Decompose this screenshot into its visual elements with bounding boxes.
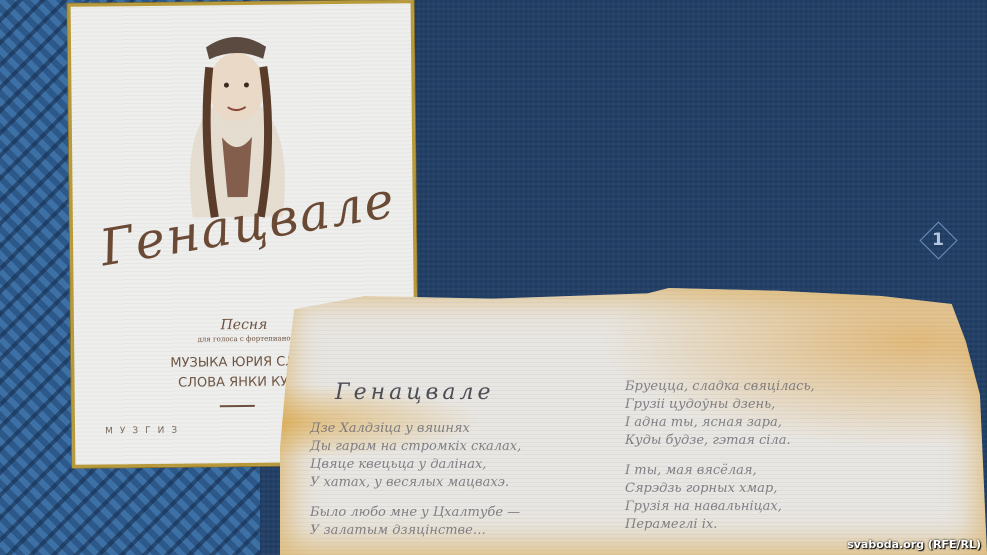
- manuscript-line: Куды будзе, гэтая сіла.: [625, 432, 815, 450]
- number-badge: 1: [920, 222, 956, 258]
- watermark: svaboda.org (RFE/RL): [847, 538, 981, 551]
- manuscript-line: Было любо мне у Цхалтубе —: [310, 504, 521, 522]
- manuscript-line: Бруецца, сладка свяцілась,: [625, 378, 815, 396]
- manuscript-line: І адна ты, ясная зара,: [625, 414, 815, 432]
- publisher: МУЗГИЗ: [105, 426, 184, 437]
- manuscript-line: У залатым дзяцінстве…: [310, 522, 521, 540]
- manuscript-line: Грузія на навальніцах,: [625, 498, 815, 516]
- manuscript-left-column: Дзе Халдзіца у вяшнях Ды гарам на стромк…: [310, 420, 521, 540]
- divider: [220, 405, 255, 407]
- badge-number: 1: [920, 230, 956, 250]
- manuscript-line: Цвяце квецьца у далінах,: [310, 456, 521, 474]
- manuscript-line: Ды гарам на стромкіх скалах,: [310, 438, 521, 456]
- manuscript-title: Генацвале: [335, 380, 495, 405]
- manuscript-line: Дзе Халдзіца у вяшнях: [310, 420, 521, 438]
- stanza-gap: [625, 450, 815, 462]
- handwritten-manuscript: Генацвале Дзе Халдзіца у вяшнях Ды гарам…: [280, 288, 987, 555]
- stanza-gap: [310, 492, 521, 504]
- manuscript-line: Сярэдзь горных хмар,: [625, 480, 815, 498]
- manuscript-line: І ты, мая вясёлая,: [625, 462, 815, 480]
- manuscript-right-column: Бруецца, сладка свяцілась, Грузіі цудоўн…: [625, 378, 815, 534]
- manuscript-line: У хатах, у весялых мацвахэ.: [310, 474, 521, 492]
- manuscript-line: Перамеглі іх.: [625, 516, 815, 534]
- manuscript-line: Грузіі цудоўны дзень,: [625, 396, 815, 414]
